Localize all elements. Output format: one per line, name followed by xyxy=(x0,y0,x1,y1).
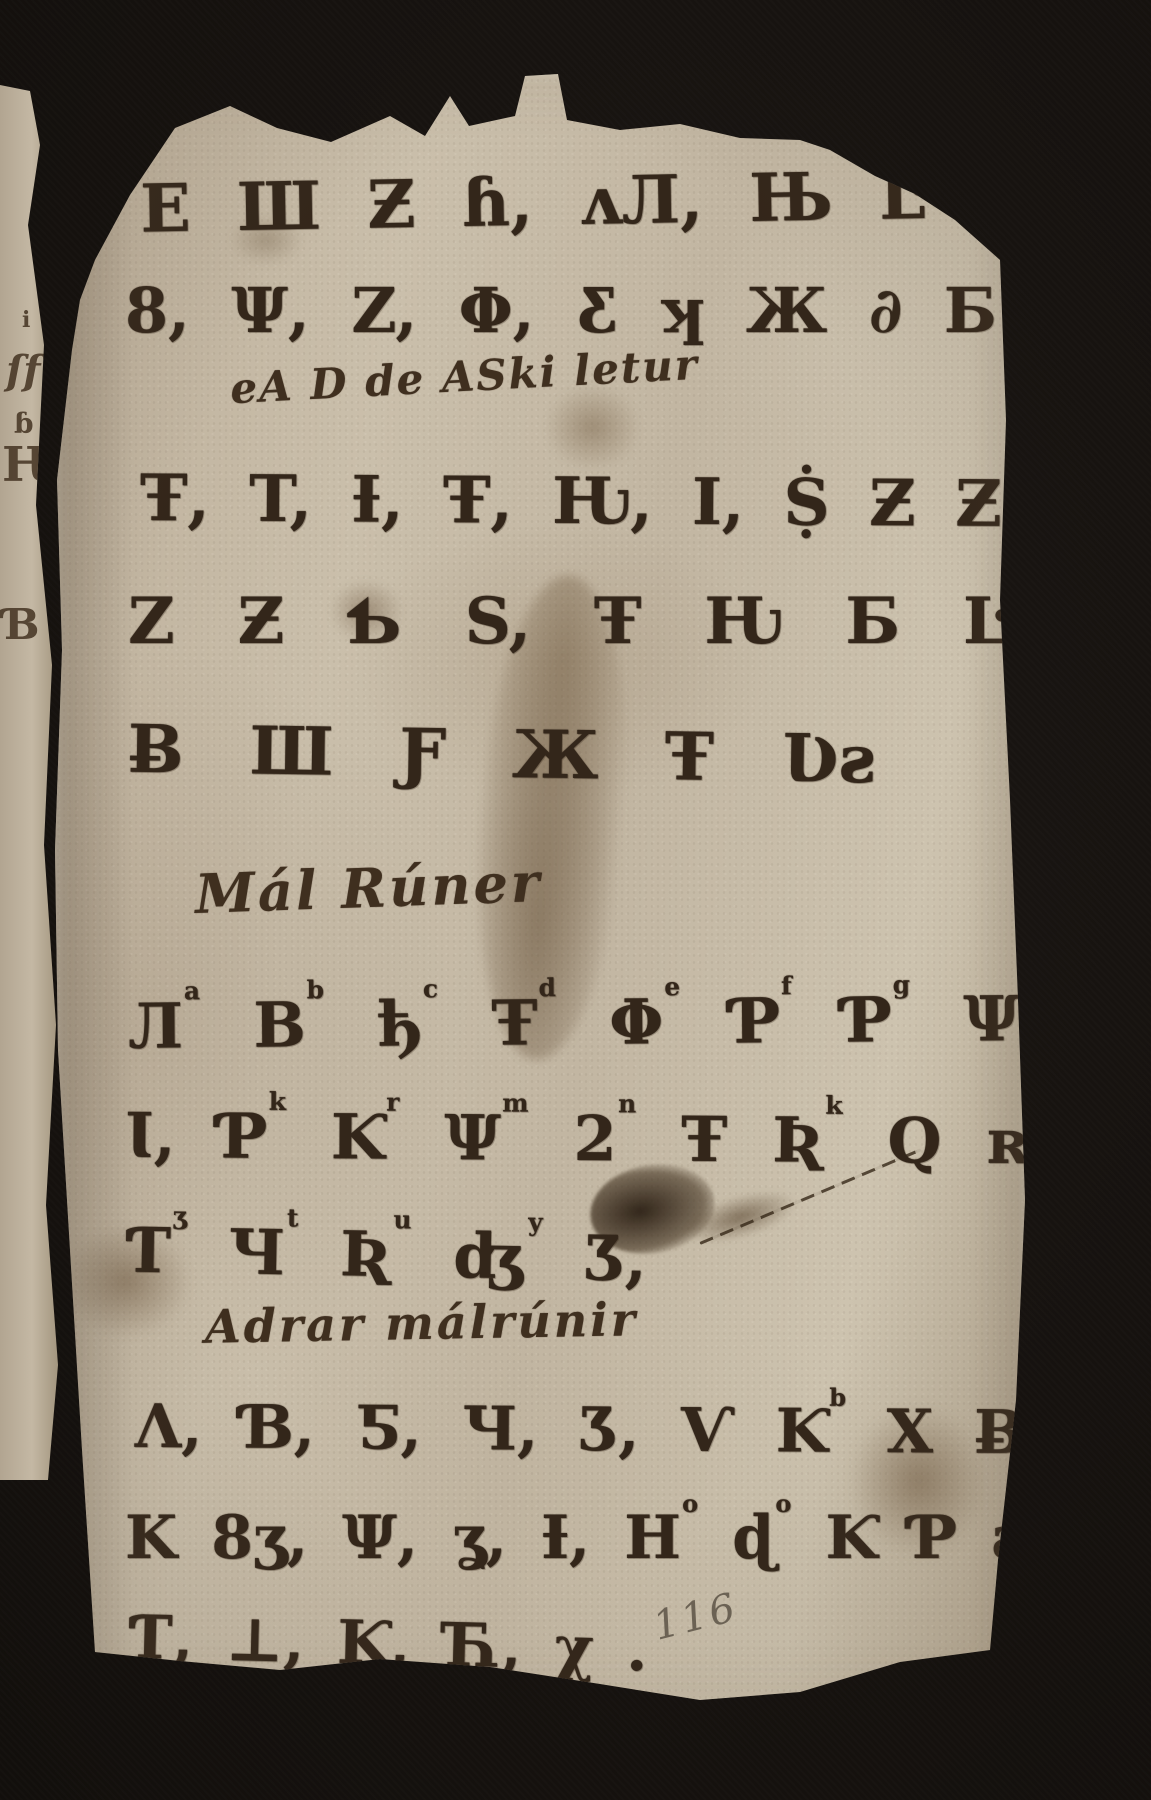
rune-glyph: Ƙr xyxy=(331,1106,400,1168)
rune-superscript: n xyxy=(618,1090,636,1119)
rune-glyph: Q xyxy=(887,1110,941,1172)
rune-glyph: ʞ xyxy=(658,280,704,342)
rune-glyph: Ћ, xyxy=(442,1615,522,1677)
rune-glyph: Ŧ xyxy=(594,590,642,654)
rune-glyph: Ψ xyxy=(963,988,1020,1050)
manuscript-photo: i ſf ɓ Ƕ Ɓ EШƵɦ,ʌЛ,ЊĿɖ 8,Ψ,Z,Φ,ƸʞЖ∂Ƃ eA … xyxy=(0,0,1151,1800)
rune-glyph: ʓ, xyxy=(452,1508,507,1568)
rune-row-malruner-1: ЛaBbђcŦdΦeƤfƤgΨ xyxy=(128,958,1021,1058)
rune-glyph: Ж xyxy=(512,721,600,788)
rune-superscript: o xyxy=(775,1489,791,1518)
rune-row-top-1: EШƵɦ,ʌЛ,ЊĿɖ xyxy=(139,134,1018,241)
rune-glyph: Ʒ, xyxy=(584,1227,647,1290)
rune-glyph: ∂ xyxy=(869,280,902,342)
rune-glyph: 2n xyxy=(573,1108,636,1170)
rune-glyph: χ xyxy=(554,1618,595,1679)
rune-glyph: Ƭ, xyxy=(127,1608,194,1670)
heading-adrar-malrunir: Adrar málrúnir xyxy=(205,1292,639,1354)
rune-glyph: Ŧ xyxy=(664,723,714,790)
rune-row-adrar-3: Ƭ,⊥,Ƙ,Ћ,χ. xyxy=(127,1576,649,1681)
margin-fragment-glyph: i xyxy=(22,307,30,333)
rune-row-mid-2: ZƵƄS,ŦǶБĿ xyxy=(128,562,1008,654)
rune-glyph: Ѵ xyxy=(680,1401,735,1461)
rune-glyph: Ʋƨ xyxy=(779,725,876,792)
rune-glyph: Ƥ xyxy=(912,1508,957,1568)
rune-glyph: Ɓ, xyxy=(243,1398,315,1458)
rune-superscript: y xyxy=(528,1208,543,1237)
rune-glyph: Λ, xyxy=(135,1397,203,1457)
rune-glyph: Ƒ xyxy=(399,720,447,787)
rune-superscript: b xyxy=(829,1383,846,1412)
rune-superscript: c xyxy=(423,974,438,1003)
rune-glyph: T, xyxy=(249,468,312,532)
rune-superscript: f xyxy=(781,971,792,1000)
ink-blob-tail xyxy=(679,1181,801,1253)
rune-glyph: ʤy xyxy=(453,1225,543,1289)
rune-glyph: Ƙ, xyxy=(336,1613,410,1675)
rune-row-top-2: 8,Ψ,Z,Φ,ƸʞЖ∂Ƃ xyxy=(125,250,997,342)
rune-superscript: b xyxy=(307,975,325,1004)
manuscript-page: EШƵɦ,ʌЛ,ЊĿɖ 8,Ψ,Z,Φ,ƸʞЖ∂Ƃ eA D de ASki l… xyxy=(55,70,1030,1710)
rune-glyph: Ƶ xyxy=(367,171,416,238)
rune-glyph: Чt xyxy=(228,1221,298,1284)
rune-glyph: Ɩ, xyxy=(125,1105,176,1167)
rune-glyph: Ho xyxy=(624,1508,698,1568)
rune-glyph: Ƶ xyxy=(238,590,285,654)
rune-row-mid-1: Ŧ,T,Ɨ,Ŧ,Ƕ,I,ṨƵƵ xyxy=(140,439,1003,537)
rune-row-adrar-1: Λ,Ɓ,Ƽ,Ч,Ʒ,ѴƘbXɃ xyxy=(135,1365,1026,1463)
rune-glyph: Ƥf xyxy=(733,990,792,1053)
margin-fragment-glyph: Ɓ xyxy=(4,600,40,649)
rune-glyph: Ƀ xyxy=(974,1403,1025,1463)
heading-mal-runer: Mál Rúner xyxy=(194,850,543,926)
rune-glyph: Ṩ xyxy=(783,471,830,535)
rune-glyph: Ɨ, xyxy=(351,468,404,532)
rune-glyph: Ψm xyxy=(444,1107,529,1170)
rune-glyph: ⊥, xyxy=(225,1610,305,1672)
rune-superscript: k xyxy=(825,1091,842,1120)
rune-glyph: S, xyxy=(465,590,531,654)
rune-glyph: Ƅ xyxy=(347,590,402,654)
rune-glyph: Ƽ, xyxy=(355,1398,422,1458)
rune-superscript: u xyxy=(393,1205,412,1234)
rune-glyph: Ŀ xyxy=(963,590,1008,654)
rune-superscript: m xyxy=(502,1089,528,1118)
rune-glyph: Ʀk xyxy=(772,1109,842,1171)
rune-glyph: Ŧ, xyxy=(443,469,513,533)
rune-glyph: Ƭʒ xyxy=(124,1219,187,1282)
rune-superscript: k xyxy=(269,1087,286,1116)
rune-glyph: 8, xyxy=(125,280,190,342)
rune-glyph: ɦ, xyxy=(461,169,533,236)
rune-glyph: Ψ, xyxy=(231,280,309,342)
rune-glyph: Ŧ xyxy=(681,1109,728,1171)
rune-glyph: Ƹ xyxy=(576,280,617,342)
rune-glyph: Лa xyxy=(128,995,201,1058)
rune-glyph: 8ʒ, xyxy=(211,1508,308,1568)
rune-superscript: a xyxy=(184,977,200,1006)
rune-glyph: Ʀu xyxy=(340,1223,412,1286)
rune-glyph: Ŀ xyxy=(879,162,927,229)
rune-glyph: Ƀ xyxy=(127,716,184,783)
rune-glyph: ƨ xyxy=(991,1508,1025,1568)
rune-glyph: ɖ xyxy=(971,160,1018,227)
rune-glyph: Ƕ xyxy=(704,590,782,654)
rune-glyph: Ƶ xyxy=(869,472,916,536)
rune-superscript: d xyxy=(538,973,556,1002)
rune-glyph: K xyxy=(125,1508,177,1568)
rune-glyph: Φe xyxy=(609,991,681,1054)
rune-glyph: . xyxy=(626,1620,648,1680)
rune-glyph: Б xyxy=(845,590,900,654)
rune-row-mid-3: ɃШƑЖŦƲƨ xyxy=(127,690,876,792)
rune-superscript: r xyxy=(386,1088,399,1117)
rune-glyph: Ŧ, xyxy=(140,467,210,531)
rune-superscript: ʒ xyxy=(173,1202,188,1231)
page-number: 116 xyxy=(649,1584,743,1649)
rune-superscript: o xyxy=(682,1489,698,1518)
margin-fragment-glyph: Ƕ xyxy=(2,437,61,493)
rune-glyph: Ƥg xyxy=(845,989,911,1052)
rune-glyph: Z, xyxy=(351,280,417,342)
rune-glyph: ʀ xyxy=(987,1111,1030,1173)
margin-fragment-glyph: ſf xyxy=(6,347,40,394)
rune-glyph: Њ xyxy=(749,164,833,231)
facing-page-edge: i ſf ɓ Ƕ Ɓ xyxy=(0,85,58,1480)
rune-superscript: g xyxy=(893,970,911,999)
rune-glyph: ɖo xyxy=(732,1508,791,1568)
rune-glyph: Ƙ xyxy=(826,1508,878,1568)
margin-fragment-glyph: ɓ xyxy=(14,407,34,440)
rune-glyph: I, xyxy=(692,471,745,535)
rune-glyph: Ψ, xyxy=(342,1508,418,1568)
rune-row-adrar-2: K8ʒ,Ψ,ʓ,Ɨ,HoɖoƘƤƨ xyxy=(125,1476,1025,1568)
rune-glyph: Ж xyxy=(746,280,827,342)
rune-glyph: ʌЛ, xyxy=(579,166,704,234)
rune-glyph: E xyxy=(140,175,191,242)
rune-glyph: Ƕ, xyxy=(552,470,653,535)
handwritten-note: eA D de ASki letur xyxy=(229,340,700,413)
rune-glyph: Ƥk xyxy=(220,1106,285,1168)
rune-glyph: Ŧd xyxy=(491,992,556,1055)
rune-superscript: t xyxy=(287,1204,299,1233)
rune-glyph: Ʒ, xyxy=(579,1400,640,1460)
rune-glyph: Ƶ xyxy=(955,473,1002,537)
rune-glyph: Ш xyxy=(249,717,334,784)
rune-glyph: Ш xyxy=(236,173,321,240)
rune-glyph: Ƃ xyxy=(944,280,997,342)
rune-glyph: Ƙb xyxy=(776,1401,847,1461)
rune-glyph: Bb xyxy=(253,994,325,1057)
rune-glyph: Ɨ, xyxy=(541,1508,590,1568)
rune-glyph: Z xyxy=(128,590,175,654)
rune-row-malruner-3: ƬʒЧtƦuʤyƷ, xyxy=(124,1189,648,1290)
rune-superscript: e xyxy=(664,972,680,1001)
rune-glyph: X xyxy=(886,1402,933,1462)
rune-glyph: Ч, xyxy=(462,1399,538,1460)
rune-glyph: Φ, xyxy=(459,280,535,342)
rune-glyph: ђc xyxy=(377,993,438,1056)
rune-row-malruner-2: Ɩ,ƤkƘrΨm2nŦƦkQʀ xyxy=(125,1075,1031,1173)
